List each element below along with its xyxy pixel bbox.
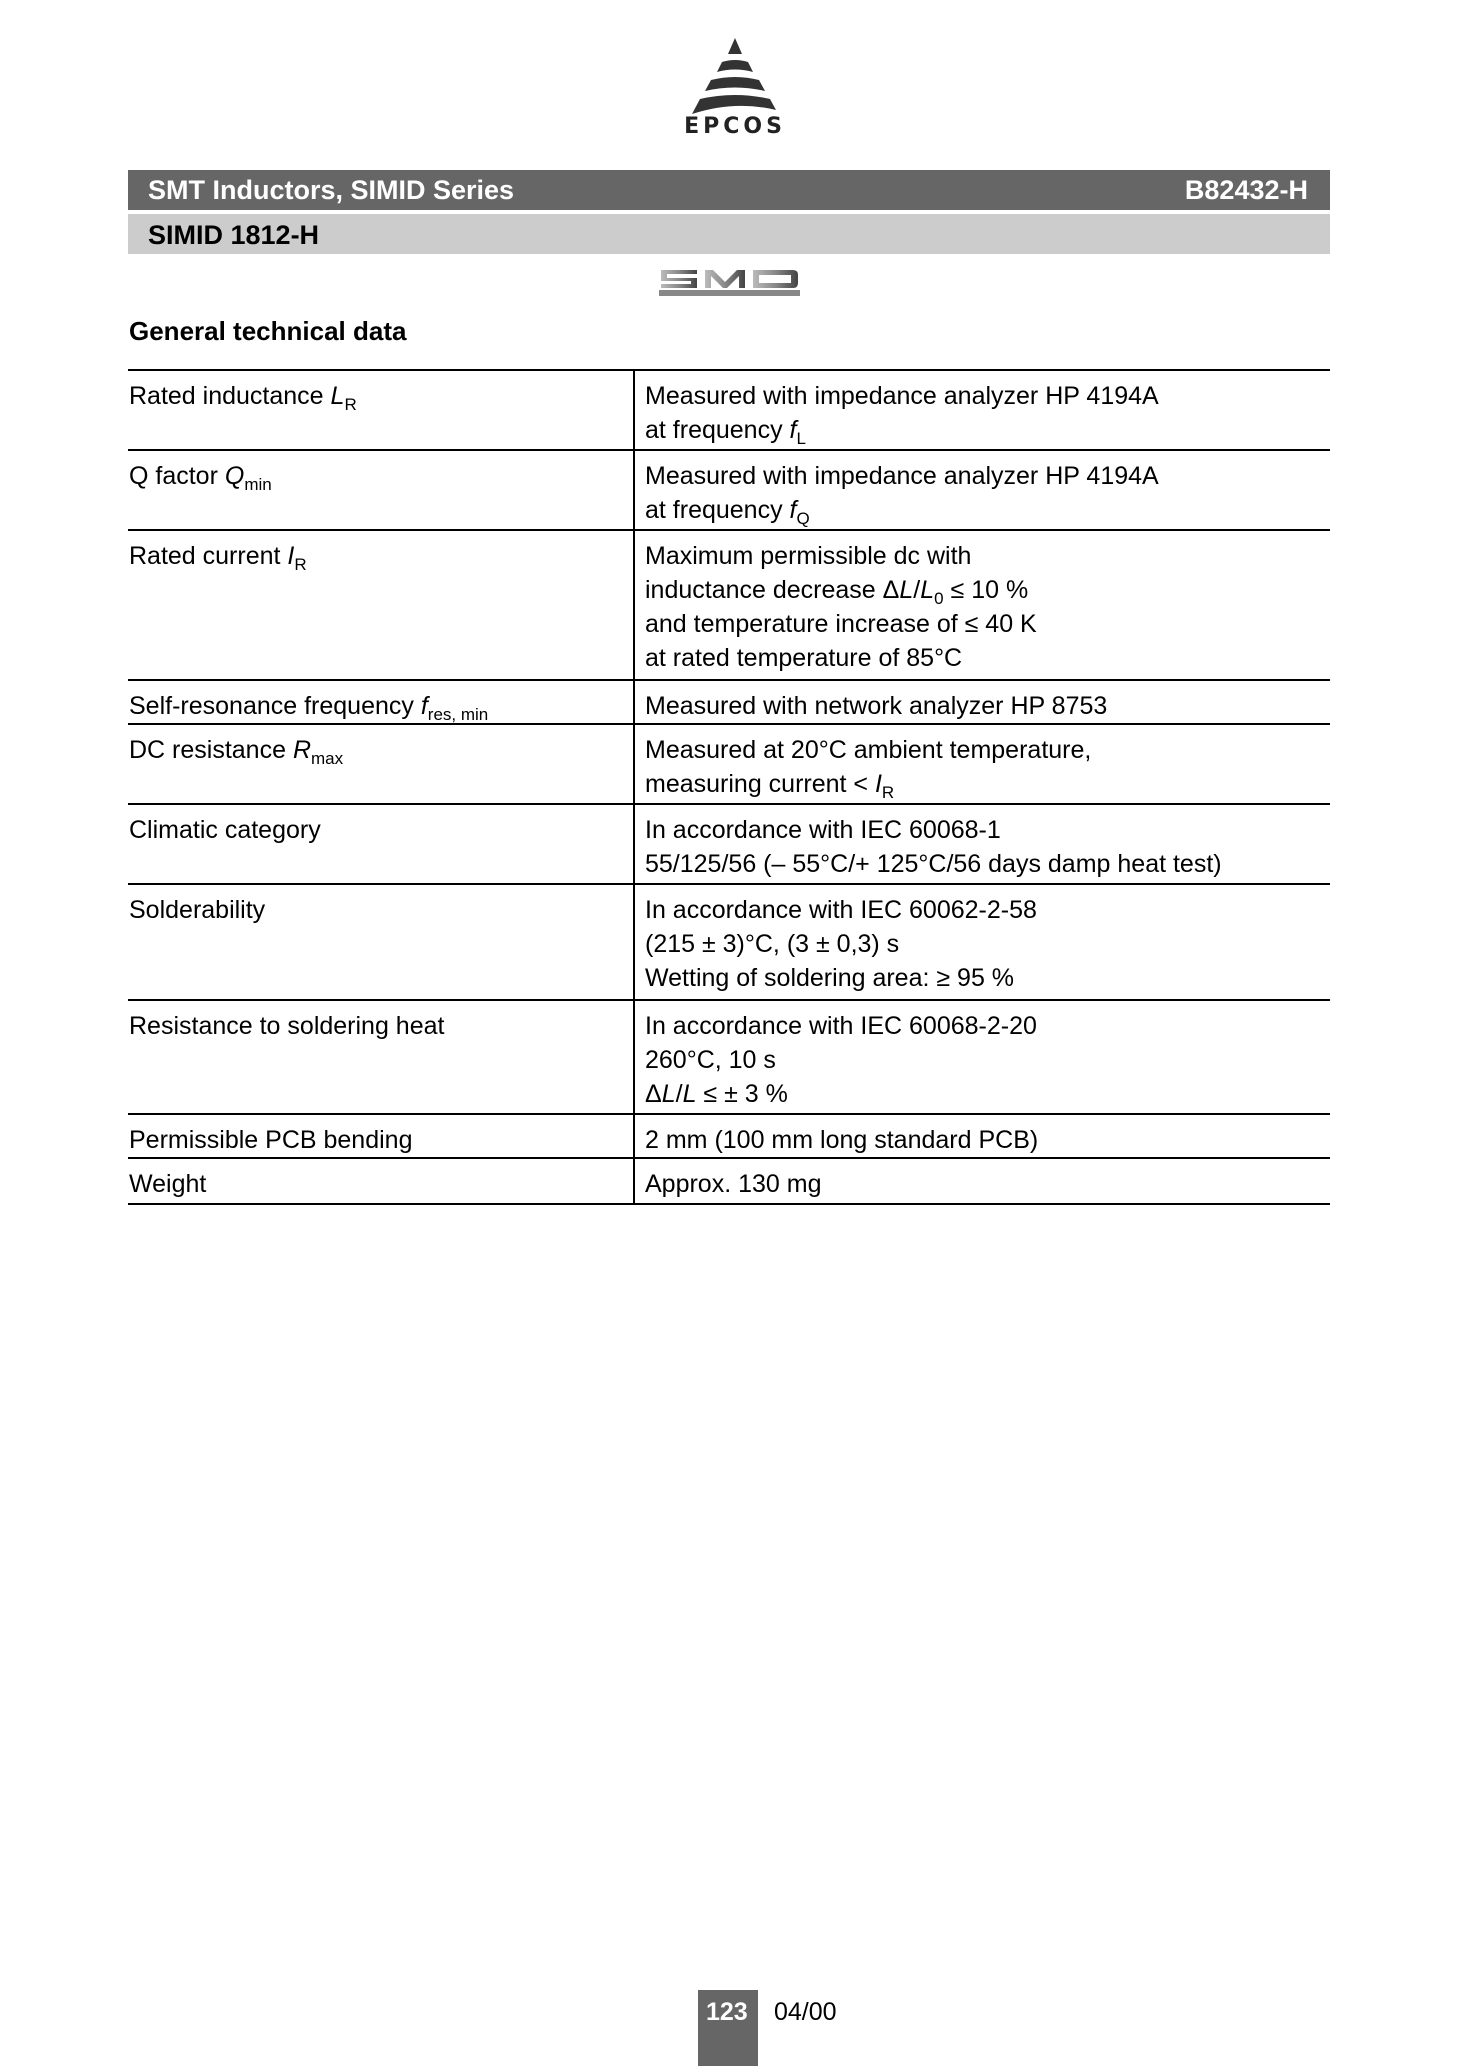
description-line: at frequency fL — [645, 413, 1325, 447]
description-line: at frequency fQ — [645, 493, 1325, 527]
series-title: SMT Inductors, SIMID Series — [148, 175, 514, 206]
parameter-cell: Resistance to soldering heat — [129, 1009, 629, 1043]
description-cell: Measured with impedance analyzer HP 4194… — [645, 379, 1325, 447]
description-cell: Measured with network analyzer HP 8753 — [645, 689, 1325, 723]
table-row: Climatic categoryIn accordance with IEC … — [128, 805, 1330, 885]
parameter-cell: Climatic category — [129, 813, 629, 847]
description-cell: Measured with impedance analyzer HP 4194… — [645, 459, 1325, 527]
page-number-box: 123 — [698, 1990, 758, 2066]
column-divider — [633, 451, 635, 529]
table-row: SolderabilityIn accordance with IEC 6006… — [128, 885, 1330, 1001]
subtitle-bar: SIMID 1812-H — [128, 214, 1330, 254]
table-row: WeightApprox. 130 mg — [128, 1159, 1330, 1205]
parameter-cell: Weight — [129, 1167, 629, 1201]
smd-badge-icon — [657, 266, 802, 298]
description-line: In accordance with IEC 60068-2-20 — [645, 1009, 1325, 1043]
description-line: (215 ± 3)°C, (3 ± 0,3) s — [645, 927, 1325, 961]
description-line: and temperature increase of ≤ 40 K — [645, 607, 1325, 641]
parameter-cell: Solderability — [129, 893, 629, 927]
description-line: at rated temperature of 85°C — [645, 641, 1325, 675]
column-divider — [633, 1115, 635, 1157]
table-row: Rated current IRMaximum permissible dc w… — [128, 531, 1330, 681]
brand-name: EPCOS — [672, 114, 798, 139]
parameter-cell: Rated inductance LR — [129, 379, 629, 413]
description-cell: In accordance with IEC 60068-2-20260°C, … — [645, 1009, 1325, 1111]
parameter-cell: Q factor Qmin — [129, 459, 629, 493]
description-line: 2 mm (100 mm long standard PCB) — [645, 1123, 1325, 1157]
column-divider — [633, 1159, 635, 1203]
column-divider — [633, 681, 635, 723]
description-cell: In accordance with IEC 60062-2-58(215 ± … — [645, 893, 1325, 995]
table-row: Permissible PCB bending2 mm (100 mm long… — [128, 1115, 1330, 1159]
table-row: DC resistance RmaxMeasured at 20°C ambie… — [128, 725, 1330, 805]
table-row: Q factor QminMeasured with impedance ana… — [128, 451, 1330, 531]
table-row: Rated inductance LRMeasured with impedan… — [128, 371, 1330, 451]
description-cell: 2 mm (100 mm long standard PCB) — [645, 1123, 1325, 1157]
column-divider — [633, 805, 635, 883]
description-line: Measured with impedance analyzer HP 4194… — [645, 379, 1325, 413]
column-divider — [633, 885, 635, 999]
description-line: Measured with impedance analyzer HP 4194… — [645, 459, 1325, 493]
description-line: 55/125/56 (– 55°C/+ 125°C/56 days damp h… — [645, 847, 1325, 881]
parameter-cell: DC resistance Rmax — [129, 733, 629, 767]
table-row: Resistance to soldering heatIn accordanc… — [128, 1001, 1330, 1115]
product-subtitle: SIMID 1812-H — [148, 220, 319, 251]
description-line: Measured with network analyzer HP 8753 — [645, 689, 1325, 723]
description-line: ΔL/L ≤ ± 3 % — [645, 1077, 1325, 1111]
description-cell: Approx. 130 mg — [645, 1167, 1325, 1201]
description-line: Approx. 130 mg — [645, 1167, 1325, 1201]
table-row: Self-resonance frequency fres, minMeasur… — [128, 681, 1330, 725]
page-number: 123 — [706, 1998, 748, 2027]
technical-data-table: Rated inductance LRMeasured with impedan… — [128, 369, 1330, 1205]
description-line: 260°C, 10 s — [645, 1043, 1325, 1077]
description-line: In accordance with IEC 60068-1 — [645, 813, 1325, 847]
description-line: measuring current < IR — [645, 767, 1325, 801]
description-line: Wetting of soldering area: ≥ 95 % — [645, 961, 1325, 995]
document-date: 04/00 — [774, 1998, 837, 2027]
description-line: In accordance with IEC 60062-2-58 — [645, 893, 1325, 927]
parameter-cell: Self-resonance frequency fres, min — [129, 689, 629, 723]
description-cell: Measured at 20°C ambient temperature,mea… — [645, 733, 1325, 801]
column-divider — [633, 531, 635, 679]
description-line: Maximum permissible dc with — [645, 539, 1325, 573]
column-divider — [633, 725, 635, 803]
part-number: B82432-H — [1185, 175, 1308, 206]
series-header: SMT Inductors, SIMID Series B82432-H — [128, 170, 1330, 210]
parameter-cell: Rated current IR — [129, 539, 629, 573]
description-line: inductance decrease ΔL/L0 ≤ 10 % — [645, 573, 1325, 607]
parameter-cell: Permissible PCB bending — [129, 1123, 629, 1157]
description-cell: Maximum permissible dc withinductance de… — [645, 539, 1325, 675]
description-line: Measured at 20°C ambient temperature, — [645, 733, 1325, 767]
column-divider — [633, 371, 635, 449]
description-cell: In accordance with IEC 60068-155/125/56 … — [645, 813, 1325, 881]
column-divider — [633, 1001, 635, 1113]
section-title: General technical data — [129, 316, 406, 347]
